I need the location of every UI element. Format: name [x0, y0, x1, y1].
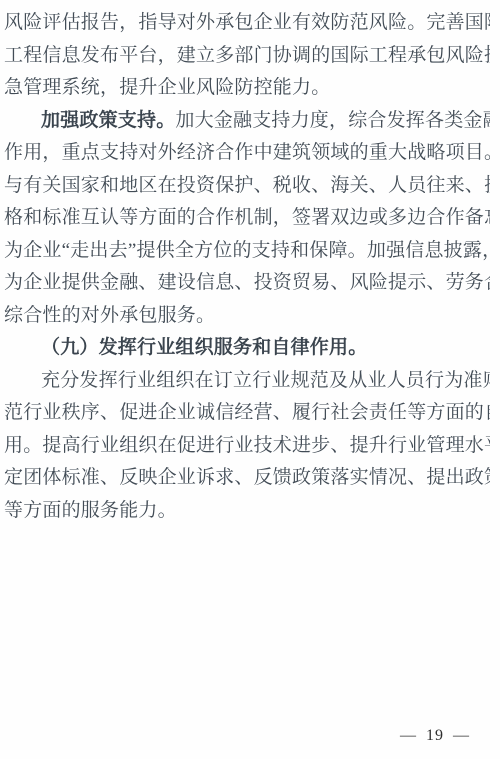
text-run: 加大金融支持力度，综合发挥各类金融工具 — [175, 110, 490, 131]
text-run: 范行业秩序、促进企业诚信经营、履行社会责任等方面的自律作 — [4, 402, 490, 423]
text-run: 作用，重点支持对外经济合作中建筑领域的重大战略项目。完善 — [4, 142, 490, 163]
text-run: 综合性的对外承包服务。 — [4, 305, 215, 326]
paragraph-lead-line: 充分发挥行业组织在订立行业规范及从业人员行为准则、规 — [4, 365, 490, 398]
text-line: 用。提高行业组织在促进行业技术进步、提升行业管理水平、制 — [4, 430, 490, 463]
text-line: 为企业提供金融、建设信息、投资贸易、风险提示、劳务合作等 — [4, 267, 490, 300]
text-run: 等方面的服务能力。 — [4, 500, 177, 521]
text-run: 为企业“走出去”提供全方位的支持和保障。加强信息披露， — [4, 240, 490, 261]
text-line: 定团体标准、反映企业诉求、反馈政策落实情况、提出政策建议 — [4, 462, 490, 495]
bold-run: 加强政策支持。 — [41, 110, 175, 131]
text-line: 急管理系统，提升企业风险防控能力。 — [4, 72, 490, 105]
text-run: 风险评估报告，指导对外承包企业有效防范风险。完善国际承包 — [4, 12, 490, 33]
text-run: 格和标准互认等方面的合作机制，签署双边或多边合作备忘录， — [4, 207, 490, 228]
text-run: 定团体标准、反映企业诉求、反馈政策落实情况、提出政策建议 — [4, 467, 490, 488]
text-run: 急管理系统，提升企业风险防控能力。 — [4, 77, 330, 98]
text-line: 等方面的服务能力。 — [4, 495, 490, 528]
bold-run: （九）发挥行业组织服务和自律作用。 — [41, 337, 367, 358]
paragraph-lead-line: 加强政策支持。加大金融支持力度，综合发挥各类金融工具 — [4, 105, 490, 138]
text-run: 与有关国家和地区在投资保护、税收、海关、人员往来、执业资 — [4, 175, 490, 196]
page-number: — 19 — — [400, 727, 470, 745]
text-run: 为企业提供金融、建设信息、投资贸易、风险提示、劳务合作等 — [4, 272, 490, 293]
text-run: 充分发挥行业组织在订立行业规范及从业人员行为准则、规 — [41, 370, 490, 391]
text-line: 与有关国家和地区在投资保护、税收、海关、人员往来、执业资 — [4, 170, 490, 203]
text-line: 格和标准互认等方面的合作机制，签署双边或多边合作备忘录， — [4, 202, 490, 235]
document-body: 风险评估报告，指导对外承包企业有效防范风险。完善国际承包 工程信息发布平台，建立… — [4, 7, 490, 527]
text-line: 作用，重点支持对外经济合作中建筑领域的重大战略项目。完善 — [4, 137, 490, 170]
text-line: 工程信息发布平台，建立多部门协调的国际工程承包风险提示应 — [4, 40, 490, 73]
text-line: 为企业“走出去”提供全方位的支持和保障。加强信息披露， — [4, 235, 490, 268]
text-run: 工程信息发布平台，建立多部门协调的国际工程承包风险提示应 — [4, 45, 490, 66]
text-line: 综合性的对外承包服务。 — [4, 300, 490, 333]
document-page: 风险评估报告，指导对外承包企业有效防范风险。完善国际承包 工程信息发布平台，建立… — [0, 0, 500, 759]
text-line: 风险评估报告，指导对外承包企业有效防范风险。完善国际承包 — [4, 7, 490, 40]
section-heading: （九）发挥行业组织服务和自律作用。 — [4, 332, 490, 365]
text-line: 范行业秩序、促进企业诚信经营、履行社会责任等方面的自律作 — [4, 397, 490, 430]
text-run: 用。提高行业组织在促进行业技术进步、提升行业管理水平、制 — [4, 435, 490, 456]
